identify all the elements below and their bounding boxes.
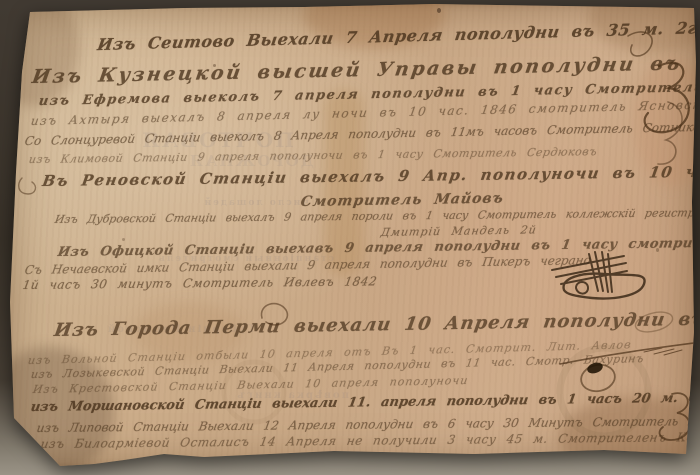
stain xyxy=(0,0,79,107)
manuscript-line: Въ Реновской Станціи выехалъ 9 Апр. попо… xyxy=(41,162,700,190)
document-photo: ПОЧТОВАЯДОРОЖНАЯчисло лошадейстанціонный… xyxy=(0,0,700,475)
manuscript-line: 1й часъ 30 минутъ Смотритель Ивлевъ 1842 xyxy=(22,274,379,292)
manuscript-paper: ПОЧТОВАЯДОРОЖНАЯчисло лошадейстанціонный… xyxy=(4,2,698,468)
ink-speck xyxy=(122,238,125,241)
manuscript-line: Смотритель Майовъ xyxy=(299,190,505,210)
left-margin-curl xyxy=(19,178,36,194)
manuscript-line: Изъ Города Перми выехали 10 Апреля попол… xyxy=(53,303,700,341)
manuscript-line: изъ Климовой Станціи 9 апреля пополуночи… xyxy=(28,145,598,166)
ink-oval xyxy=(579,362,618,395)
manuscript-line: Дмитрій Мандель 2й xyxy=(380,223,538,239)
ink-speck xyxy=(437,8,441,13)
ghost-print-line: число лошадей xyxy=(203,198,309,208)
manuscript-line: Изъ Сеитово Выехали 7 Апреля пополудни в… xyxy=(96,11,700,54)
paper-shadow-wrap: ПОЧТОВАЯДОРОЖНАЯчисло лошадейстанціонный… xyxy=(0,0,700,475)
manuscript-line: Изъ Дубровской Станціи выехалъ 9 апреля … xyxy=(54,206,700,226)
